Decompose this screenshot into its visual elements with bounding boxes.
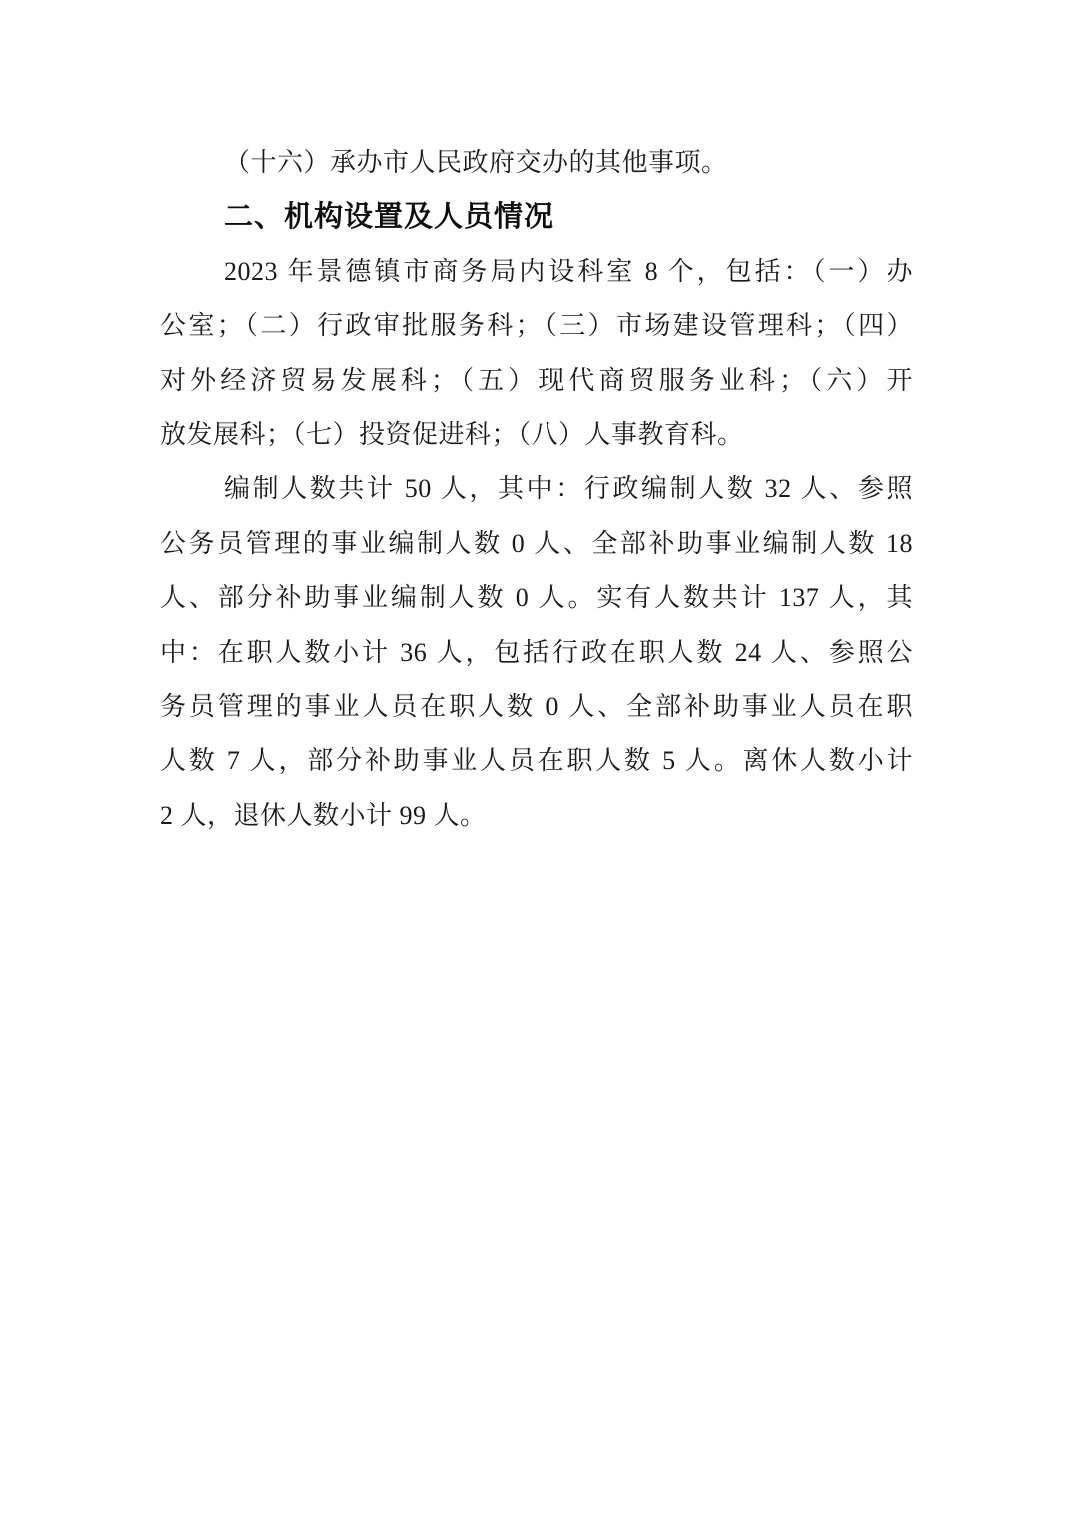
paragraph-departments-line: 放发展科；（七）投资促进科；（八）人事教育科。: [160, 408, 913, 462]
section-heading: 二、机构设置及人员情况: [160, 190, 913, 244]
paragraph-staffing-line: 人数 7 人，部分补助事业人员在职人数 5 人。离休人数小计: [160, 734, 913, 788]
paragraph-staffing-line: 2 人，退休人数小计 99 人。: [160, 789, 913, 843]
document-page: （十六）承办市人民政府交办的其他事项。 二、机构设置及人员情况 2023 年景德…: [0, 0, 1074, 1520]
paragraph-departments-line: 对外经济贸易发展科；（五）现代商贸服务业科；（六）开: [160, 354, 913, 408]
paragraph-staffing-line: 编制人数共计 50 人，其中：行政编制人数 32 人、参照: [160, 462, 913, 516]
paragraph-staffing-line: 公务员管理的事业编制人数 0 人、全部补助事业编制人数 18: [160, 517, 913, 571]
paragraph-staffing-line: 务员管理的事业人员在职人数 0 人、全部补助事业人员在职: [160, 680, 913, 734]
paragraph-departments-line: 2023 年景德镇市商务局内设科室 8 个，包括：（一）办: [160, 245, 913, 299]
paragraph-staffing-line: 中：在职人数小计 36 人，包括行政在职人数 24 人、参照公: [160, 626, 913, 680]
document-body: （十六）承办市人民政府交办的其他事项。 二、机构设置及人员情况 2023 年景德…: [160, 136, 913, 843]
paragraph-departments-line: 公室；（二）行政审批服务科；（三）市场建设管理科；（四）: [160, 299, 913, 353]
list-item-sixteen: （十六）承办市人民政府交办的其他事项。: [160, 136, 913, 190]
paragraph-staffing-line: 人、部分补助事业编制人数 0 人。实有人数共计 137 人，其: [160, 571, 913, 625]
